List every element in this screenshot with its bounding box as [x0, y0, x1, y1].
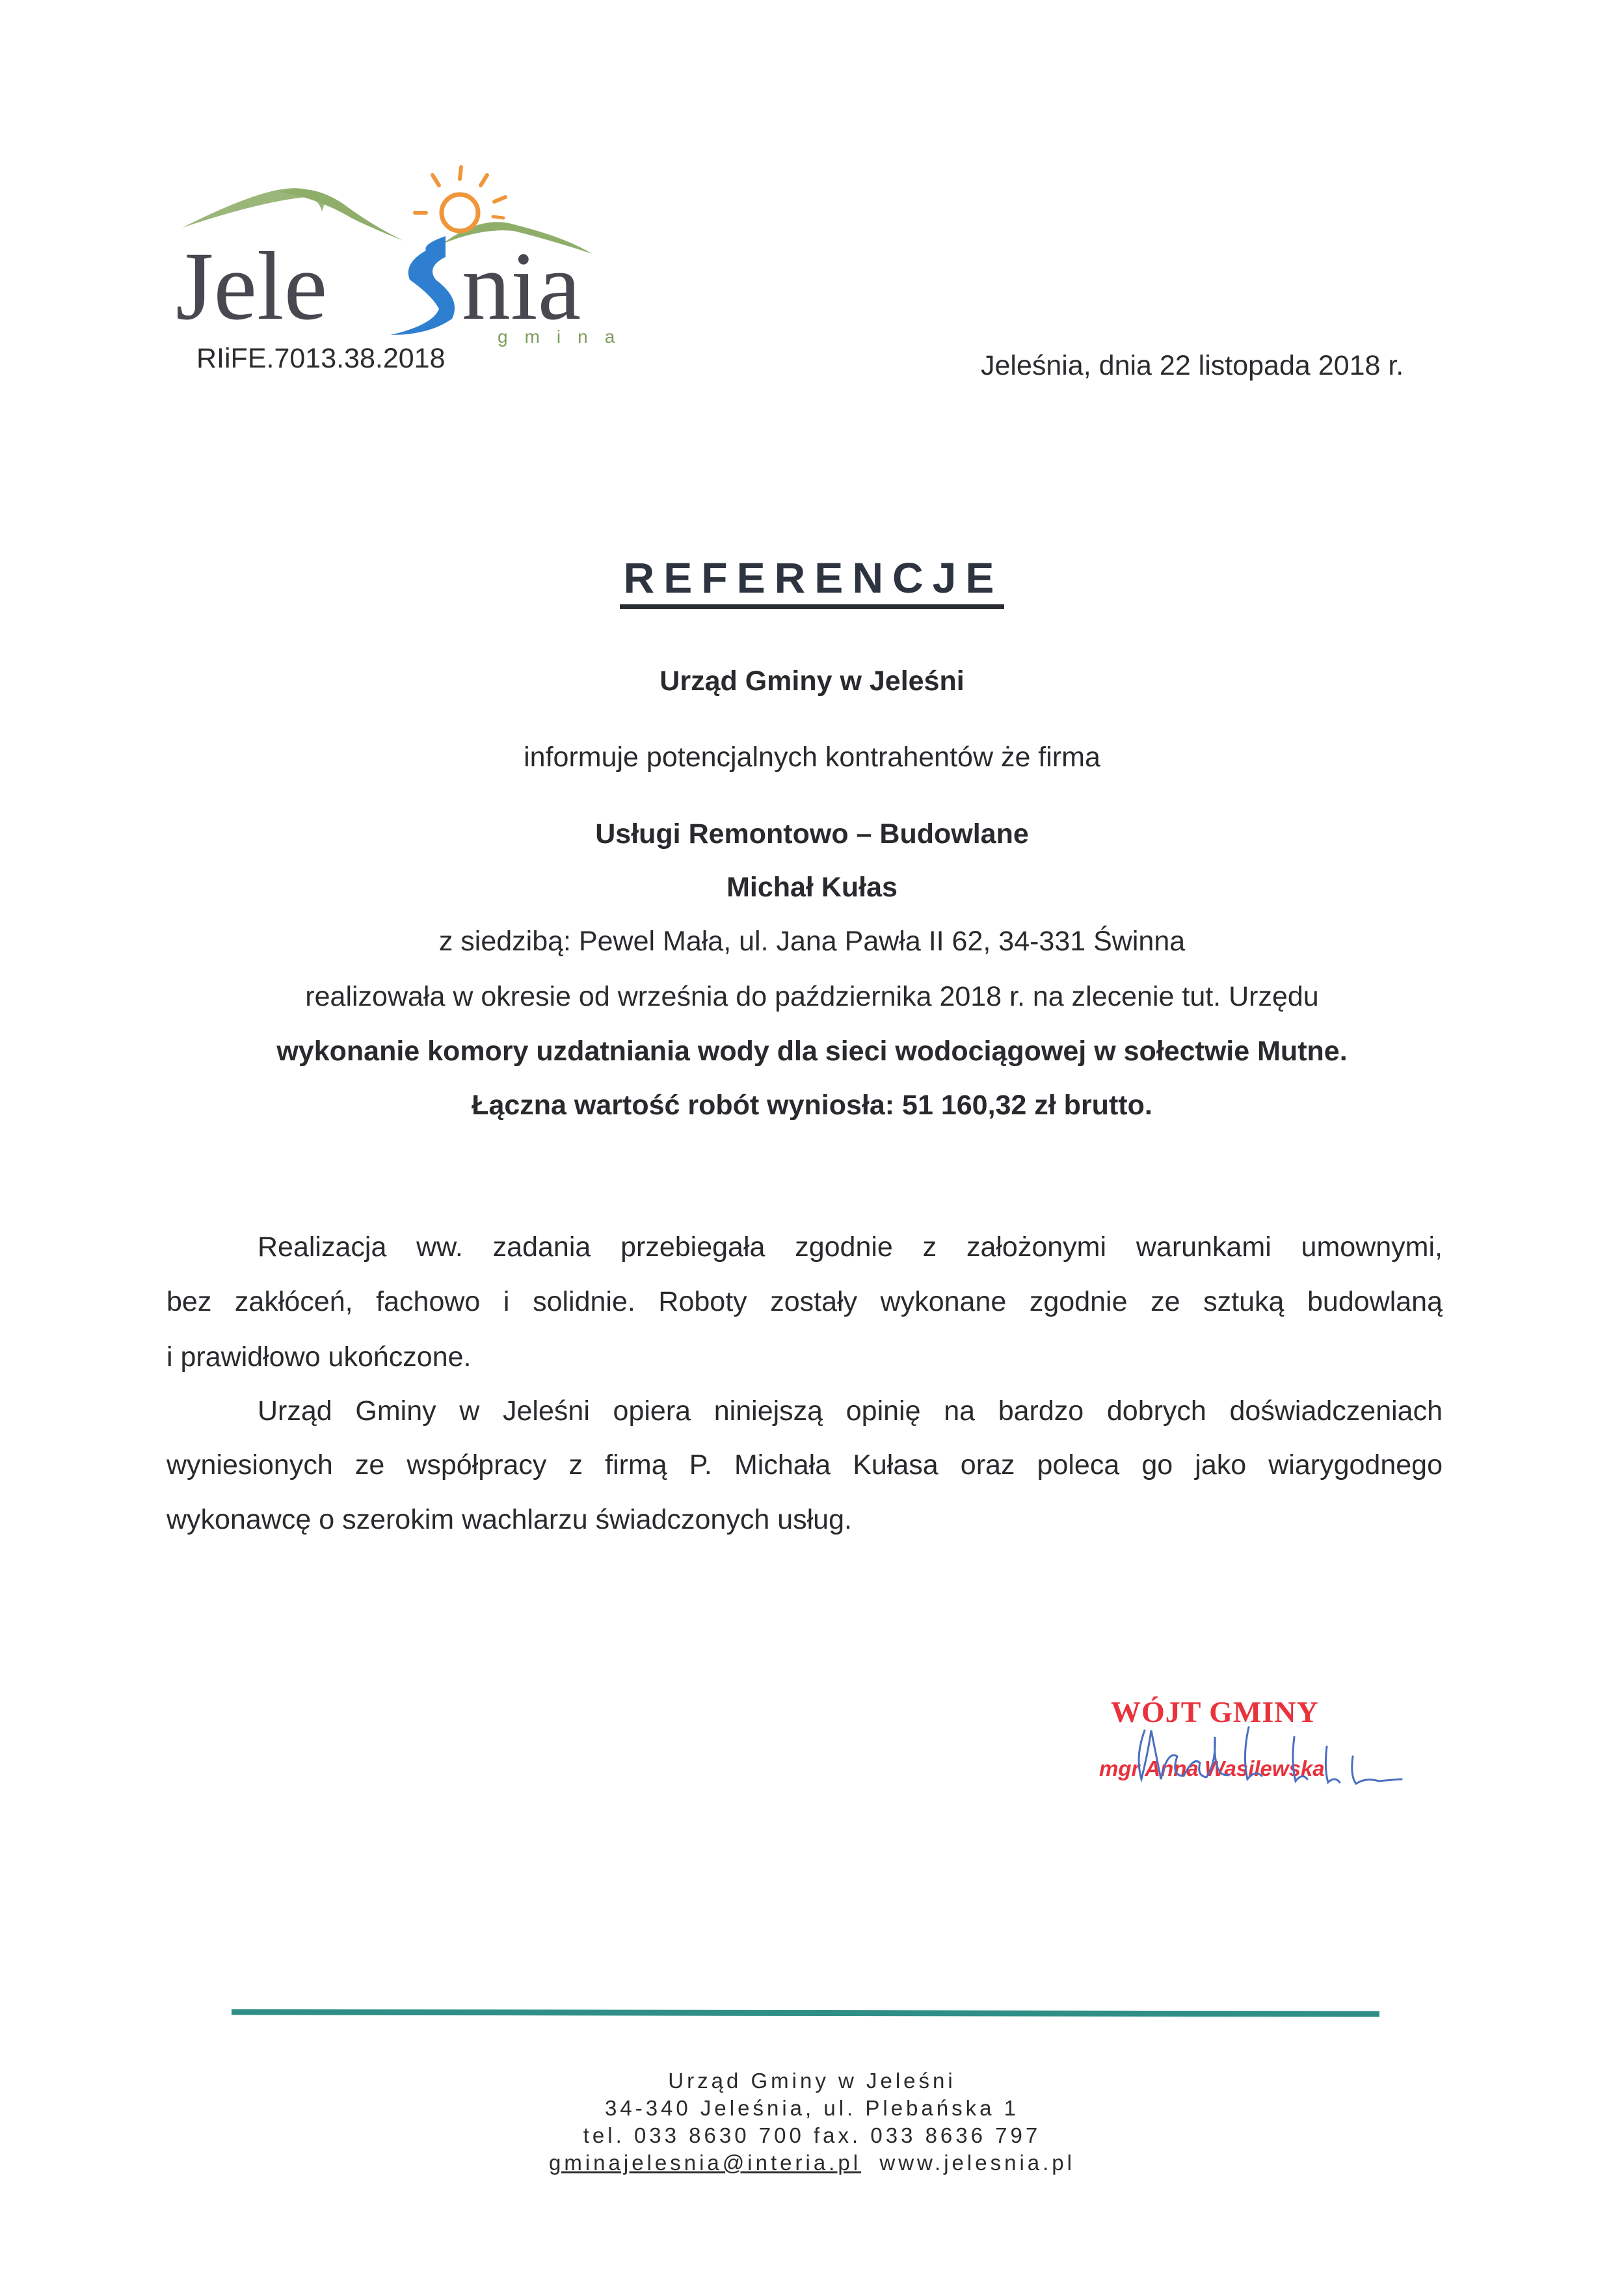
paragraph-2-line: Urząd Gminy w Jeleśni opiera niniejszą o…: [166, 1395, 1443, 1427]
signature-icon: [1132, 1717, 1405, 1789]
logo-graphic: Jele nia gmina: [176, 166, 631, 348]
paragraph-2-line: wyniesionych ze współpracy z firmą P. Mi…: [166, 1449, 1443, 1481]
footer-office: Urząd Gminy w Jeleśni: [0, 2069, 1624, 2093]
footer-phone-fax: tel. 033 8630 700 fax. 033 8636 797: [0, 2123, 1624, 2148]
contract-value: Łączna wartość robót wyniosła: 51 160,32…: [0, 1090, 1624, 1121]
intro-text: informuje potencjalnych kontrahentów że …: [0, 742, 1624, 773]
task-description: wykonanie komory uzdatniania wody dla si…: [0, 1036, 1624, 1067]
document-title: REFERENCJE: [620, 556, 1005, 609]
company-owner: Michał Kułas: [0, 872, 1624, 904]
logo-text-left: Jele: [176, 232, 327, 340]
footer-website-link[interactable]: www.jelesnia.pl: [879, 2151, 1075, 2175]
handwritten-signature: [1132, 1717, 1405, 1789]
work-period: realizowała w okresie od września do paź…: [0, 981, 1624, 1013]
reference-number: RIiFE.7013.38.2018: [196, 343, 446, 375]
logo-subtext: gmina: [498, 327, 632, 347]
municipality-logo: Jele nia gmina: [176, 166, 631, 348]
logo-text-right: nia: [462, 232, 581, 340]
footer-address: 34-340 Jeleśnia, ul. Plebańska 1: [0, 2096, 1624, 2121]
paragraph-2-line: wykonawcę o szerokim wachlarzu świadczon…: [166, 1504, 1443, 1536]
footer-email-link[interactable]: gminajelesnia@interia.pl: [549, 2151, 861, 2175]
footer-divider: [232, 2009, 1379, 2017]
place-date: Jeleśnia, dnia 22 listopada 2018 r.: [981, 350, 1404, 382]
document-title-container: REFERENCJE: [0, 556, 1624, 609]
issuer: Urząd Gminy w Jeleśni: [0, 665, 1624, 697]
paragraph-1-line: i prawidłowo ukończone.: [166, 1341, 1443, 1373]
paragraph-1-line: Realizacja ww. zadania przebiegała zgodn…: [166, 1231, 1443, 1263]
company-address: z siedzibą: Pewel Mała, ul. Jana Pawła I…: [0, 926, 1624, 958]
paragraph-1-line: bez zakłóceń, fachowo i solidnie. Roboty…: [166, 1286, 1443, 1318]
footer-contact: gminajelesnia@interia.pl www.jelesnia.pl: [0, 2151, 1624, 2175]
company-name: Usługi Remontowo – Budowlane: [0, 818, 1624, 850]
